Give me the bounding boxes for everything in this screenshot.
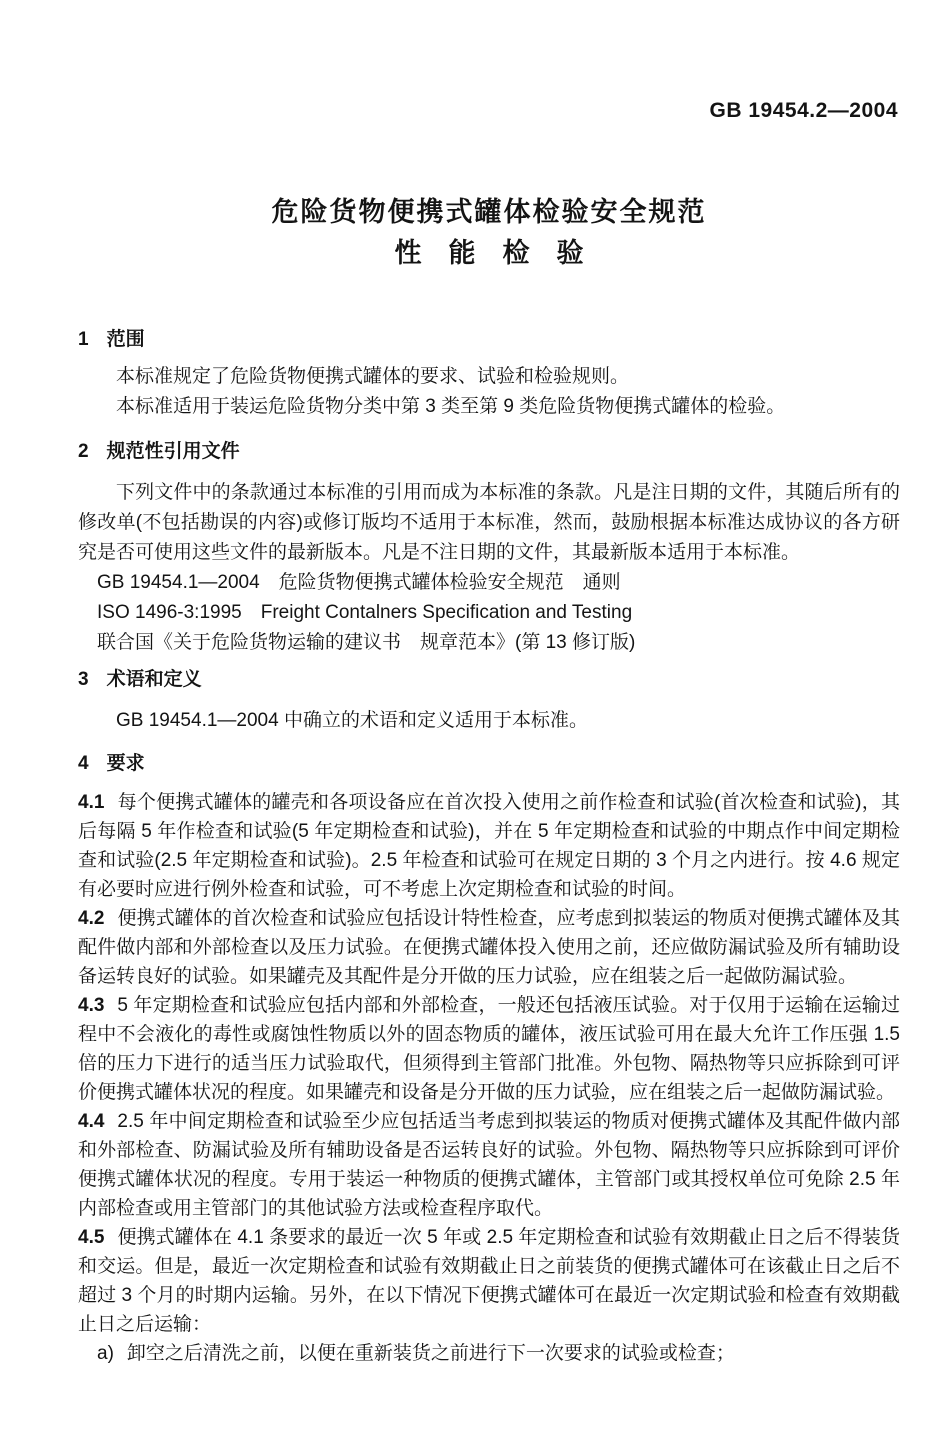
- section-4-title: 要求: [107, 753, 145, 774]
- document-title-line2: 性 能 检 验: [78, 232, 900, 274]
- section-1-paragraph: 本标准规定了危险货物便携式罐体的要求、试验和检验规则。: [78, 362, 900, 392]
- section-2-heading: 2规范性引用文件: [78, 440, 900, 464]
- section-1-paragraph: 本标准适用于装运危险货物分类中第 3 类至第 9 类危险货物便携式罐体的检验。: [78, 392, 900, 422]
- clause-4-1: 4.1每个便携式罐体的罐壳和各项设备应在首次投入使用之前作检查和试验(首次检查和…: [78, 788, 900, 904]
- clause-4-2-number: 4.2: [78, 908, 104, 929]
- section-4-clauses: 4.1每个便携式罐体的罐壳和各项设备应在首次投入使用之前作检查和试验(首次检查和…: [78, 788, 900, 1368]
- clause-4-2-text: 便携式罐体的首次检查和试验应包括设计特性检查，应考虑到拟装运的物质对便携式罐体及…: [78, 908, 900, 987]
- section-2-number: 2: [78, 440, 89, 464]
- clause-4-2: 4.2便携式罐体的首次检查和试验应包括设计特性检查，应考虑到拟装运的物质对便携式…: [78, 904, 900, 991]
- reference-item: ISO 1496-3:1995 Freight Contalners Speci…: [78, 598, 900, 628]
- list-item-a-marker: a): [97, 1343, 114, 1364]
- section-4-number: 4: [78, 752, 89, 776]
- section-3-title: 术语和定义: [107, 669, 202, 690]
- clause-4-3-text: 5 年定期检查和试验应包括内部和外部检查，一般还包括液压试验。对于仅用于运输在运…: [78, 995, 900, 1103]
- clause-4-3: 4.35 年定期检查和试验应包括内部和外部检查，一般还包括液压试验。对于仅用于运…: [78, 991, 900, 1107]
- document-title: 危险货物便携式罐体检验安全规范 性 能 检 验: [78, 192, 900, 274]
- reference-item: GB 19454.1—2004 危险货物便携式罐体检验安全规范 通则: [78, 568, 900, 598]
- list-item-a: a)卸空之后清洗之前，以便在重新装货之前进行下一次要求的试验或检查；: [78, 1339, 900, 1368]
- document-page: GB 19454.2—2004 危险货物便携式罐体检验安全规范 性 能 检 验 …: [0, 0, 950, 1449]
- list-item-a-text: 卸空之后清洗之前，以便在重新装货之前进行下一次要求的试验或检查；: [127, 1343, 735, 1364]
- clause-4-4: 4.42.5 年中间定期检查和试验至少应包括适当考虑到拟装运的物质对便携式罐体及…: [78, 1107, 900, 1223]
- clause-4-4-text: 2.5 年中间定期检查和试验至少应包括适当考虑到拟装运的物质对便携式罐体及其配件…: [78, 1111, 900, 1219]
- section-3-heading: 3术语和定义: [78, 668, 900, 692]
- document-title-line1: 危险货物便携式罐体检验安全规范: [78, 192, 900, 232]
- section-3-number: 3: [78, 668, 89, 692]
- normative-references-list: GB 19454.1—2004 危险货物便携式罐体检验安全规范 通则 ISO 1…: [78, 568, 900, 658]
- clause-4-1-number: 4.1: [78, 792, 104, 813]
- clause-4-3-number: 4.3: [78, 995, 104, 1016]
- clause-4-1-text: 每个便携式罐体的罐壳和各项设备应在首次投入使用之前作检查和试验(首次检查和试验)…: [78, 792, 900, 900]
- clause-4-5-number: 4.5: [78, 1227, 104, 1248]
- section-2-paragraph: 下列文件中的条款通过本标准的引用而成为本标准的条款。凡是注日期的文件，其随后所有…: [78, 478, 900, 568]
- standard-number: GB 19454.2—2004: [78, 100, 900, 122]
- section-1-title: 范围: [107, 329, 145, 350]
- reference-item: 联合国《关于危险货物运输的建议书 规章范本》(第 13 修订版): [78, 628, 900, 658]
- clause-4-5-text: 便携式罐体在 4.1 条要求的最近一次 5 年或 2.5 年定期检查和试验有效期…: [78, 1227, 900, 1335]
- clause-4-4-number: 4.4: [78, 1111, 104, 1132]
- section-1-number: 1: [78, 328, 89, 352]
- clause-4-5: 4.5便携式罐体在 4.1 条要求的最近一次 5 年或 2.5 年定期检查和试验…: [78, 1223, 900, 1339]
- section-2-title: 规范性引用文件: [107, 441, 240, 462]
- section-4-heading: 4要求: [78, 752, 900, 776]
- section-1-heading: 1范围: [78, 328, 900, 352]
- section-3-paragraph: GB 19454.1—2004 中确立的术语和定义适用于本标准。: [78, 706, 900, 736]
